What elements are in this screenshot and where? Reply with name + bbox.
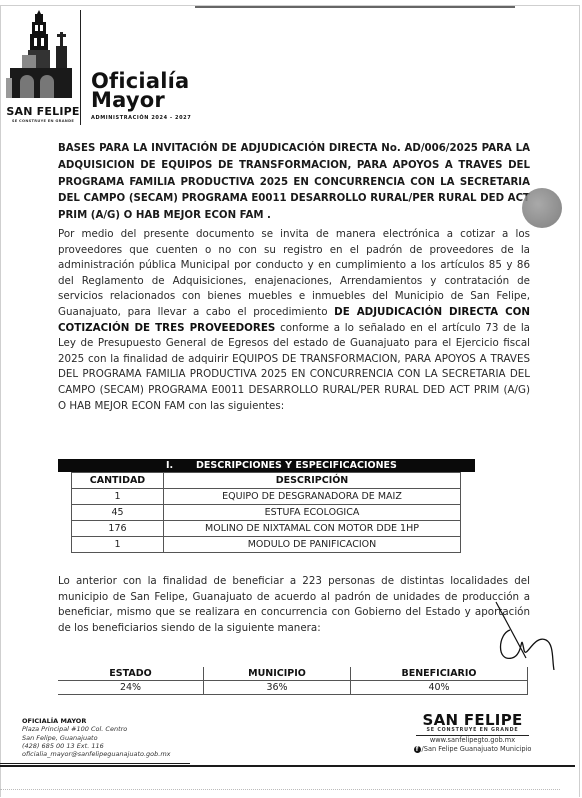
table-header-row: CANTIDAD DESCRIPCIÓN [72, 473, 461, 489]
footer-brand: SAN FELIPE SE CONSTRUYE EN GRANDE www.sa… [410, 712, 535, 754]
footer-facebook[interactable]: f/San Felipe Guanajuato Municipio [410, 745, 535, 754]
cantidad-cell: 1 [72, 537, 164, 553]
table-row: 1 MODULO DE PANIFICACION [72, 537, 461, 553]
column-header: MUNICIPIO [204, 667, 351, 681]
paragraph-text: conforme a lo señalado en el artículo 73… [58, 322, 530, 412]
logo-tagline: SE CONSTRUYE EN GRANDE [6, 119, 80, 123]
contribution-table: ESTADO MUNICIPIO BENEFICIARIO 24% 36% 40… [58, 667, 528, 695]
footer-brand-name: SAN FELIPE [410, 712, 535, 728]
footer-phone: (428) 685 00 13 Ext. 116 [22, 742, 171, 750]
administration-period: ADMINISTRACIÓN 2024 - 2027 [91, 115, 191, 121]
cantidad-cell: 1 [72, 489, 164, 505]
footer-rule [0, 765, 575, 767]
top-rule [195, 6, 515, 8]
table-row: 176 MOLINO DE NIXTAMAL CON MOTOR DDE 1HP [72, 521, 461, 537]
specs-table: CANTIDAD DESCRIPCIÓN 1 EQUIPO DE DESGRAN… [71, 472, 461, 553]
beneficiaries-paragraph: Lo anterior con la finalidad de benefici… [58, 574, 530, 636]
descripcion-cell: EQUIPO DE DESGRANADORA DE MAIZ [164, 489, 461, 505]
facebook-icon: f [414, 746, 421, 753]
descripcion-cell: MOLINO DE NIXTAMAL CON MOTOR DDE 1HP [164, 521, 461, 537]
column-header: ESTADO [58, 667, 204, 681]
invitation-paragraph: Por medio del presente documento se invi… [58, 227, 530, 414]
column-header: BENEFICIARIO [351, 667, 528, 681]
footer-brand-tagline: SE CONSTRUYE EN GRANDE [416, 728, 529, 736]
table-row: 1 EQUIPO DE DESGRANADORA DE MAIZ [72, 489, 461, 505]
section-title: DESCRIPCIONES Y ESPECIFICACIONES [196, 459, 397, 472]
paragraph-text: Por medio del presente documento se invi… [58, 228, 530, 318]
footer-contact: OFICIALÍA MAYOR Plaza Principal #100 Col… [22, 717, 171, 758]
church-icon [6, 10, 76, 102]
footer-email[interactable]: oficialia_mayor@sanfelipeguanajuato.gob.… [22, 750, 171, 758]
facebook-handle: /San Felipe Guanajuato Municipio [422, 745, 532, 753]
specs-section-header: I. DESCRIPCIONES Y ESPECIFICACIONES [58, 459, 475, 472]
footer-address-1: Plaza Principal #100 Col. Centro [22, 725, 171, 733]
table-header-row: ESTADO MUNICIPIO BENEFICIARIO [58, 667, 528, 681]
office-title-line2: Mayor [91, 91, 189, 110]
municipio-value: 36% [204, 681, 351, 695]
table-row: 24% 36% 40% [58, 681, 528, 695]
san-felipe-logo: SAN FELIPE SE CONSTRUYE EN GRANDE [6, 10, 76, 122]
signature-icon [490, 600, 570, 670]
footer-address-2: San Felipe, Guanajuato [22, 734, 171, 742]
descripcion-cell: ESTUFA ECOLOGICA [164, 505, 461, 521]
official-stamp-icon [522, 188, 562, 228]
footer-office: OFICIALÍA MAYOR [22, 717, 171, 725]
page-edge [0, 789, 560, 790]
footer-website[interactable]: www.sanfelipegto.gob.mx [410, 736, 535, 745]
footer-rule-left [0, 763, 190, 764]
cantidad-cell: 176 [72, 521, 164, 537]
header-divider [80, 10, 81, 125]
table-row: 45 ESTUFA ECOLOGICA [72, 505, 461, 521]
descripcion-cell: MODULO DE PANIFICACION [164, 537, 461, 553]
office-title: Oficialía Mayor [91, 72, 189, 110]
cantidad-cell: 45 [72, 505, 164, 521]
column-header: CANTIDAD [72, 473, 164, 489]
column-header: DESCRIPCIÓN [164, 473, 461, 489]
estado-value: 24% [58, 681, 204, 695]
logo-name: SAN FELIPE [6, 105, 80, 118]
beneficiario-value: 40% [351, 681, 528, 695]
section-number: I. [166, 459, 173, 472]
document-title: BASES PARA LA INVITACIÓN DE ADJUDICACIÓN… [58, 141, 530, 225]
